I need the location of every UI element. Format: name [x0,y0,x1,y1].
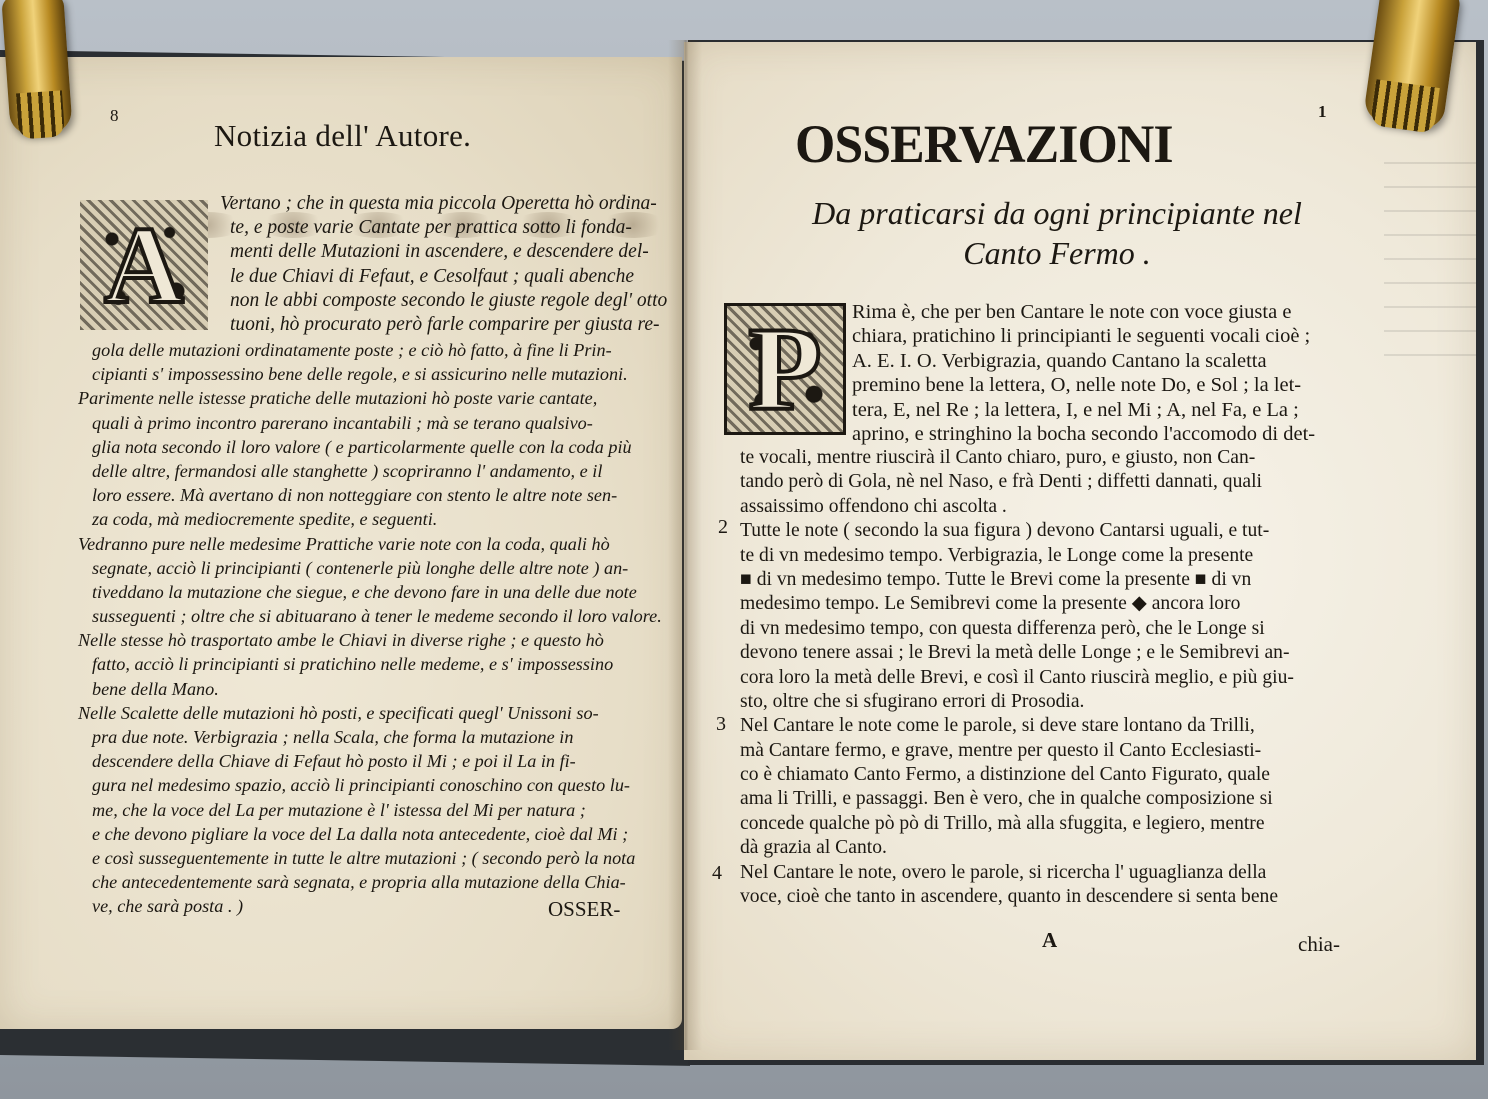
text-line: non le abbi composte secondo le giuste r… [220,289,667,313]
left-page-number: 8 [110,106,119,126]
text-line: e che devono pigliare la voce del La dal… [78,822,662,846]
text-line: chiara, pratichino li principianti le se… [852,324,1315,348]
text-line: sto, oltre che si sfugirano errori di Pr… [740,690,1294,714]
text-line: te di vn medesimo tempo. Verbigrazia, le… [740,544,1294,568]
text-line: tando però di Gola, nè nel Naso, e frà D… [740,470,1294,494]
text-line: Nelle Scalette delle mutazioni hò posti,… [78,701,662,725]
text-line: gola delle mutazioni ordinatamente poste… [78,338,662,362]
text-line: segnate, acciò li principianti ( contene… [78,556,662,580]
left-catchword: OSSER- [548,897,620,922]
text-line: menti delle Mutazioni in ascendere, e de… [220,240,667,264]
left-body-block-2: gola delle mutazioni ordinatamente poste… [78,338,662,919]
text-line: Nelle stesse hò trasportato ambe le Chia… [78,628,662,652]
subtitle-line: Canto Fermo . [752,233,1362,273]
text-line: medesimo tempo. Le Semibrevi come la pre… [740,592,1294,616]
text-line: Tutte le note ( secondo la sua figura ) … [740,519,1294,543]
text-line: fatto, acciò li principianti si pratichi… [78,652,662,676]
text-line: tuoni, hò procurato però farle comparire… [220,313,667,337]
text-line: delle altre, fermandosi alle stanghette … [78,459,662,483]
text-line: Nel Cantare le note, overo le parole, si… [740,861,1294,885]
show-through-text [1384,162,1476,362]
brass-hand-clip-left [1,0,73,136]
left-page-title: Notizia dell' Autore. [214,118,471,154]
text-line: assaissimo offendono chi ascolta . [740,495,1294,519]
text-line: za coda, mà mediocremente spedite, e seg… [78,507,662,531]
right-page-number: 1 [1318,102,1327,122]
item-number: 4 [712,862,722,885]
text-line: Nel Cantare le note come le parole, si d… [740,714,1294,738]
text-line: ama li Trilli, e passaggi. Ben è vero, c… [740,787,1294,811]
text-line: loro essere. Mà avertano di non notteggi… [78,483,662,507]
text-line: Vedranno pure nelle medesime Prattiche v… [78,532,662,556]
left-body-block-1: Vertano ; che in questa mia piccola Oper… [220,192,667,337]
text-line: gura nel medesimo spazio, acciò li princ… [78,773,662,797]
text-line: te, e poste varie Cantate per prattica s… [220,216,667,240]
right-page-subtitle: Da praticarsi da ogni principiante nel C… [752,193,1362,273]
text-line: che antecedentemente sarà segnata, e pro… [78,870,662,894]
text-line: pra due note. Verbigrazia ; nella Scala,… [78,725,662,749]
text-line: tiveddano la mutazione che siegue, e che… [78,580,662,604]
ornamental-dropcap-p: P [724,303,846,435]
text-line: premino bene la lettera, O, nelle note D… [852,373,1315,397]
text-line: Rima è, che per ben Cantare le note con … [852,300,1315,324]
text-line: descendere della Chiave di Fefaut hò pos… [78,749,662,773]
right-page-title: OSSERVAZIONI [795,113,1173,175]
text-line: ■ di vn medesimo tempo. Tutte le Brevi c… [740,568,1294,592]
right-catchword: chia- [1298,932,1340,957]
text-line: me, che la voce del La per mutazione è l… [78,798,662,822]
text-line: concede qualche pò pò di Trillo, mà alla… [740,812,1294,836]
text-line: Parimente nelle istesse pratiche delle m… [78,386,662,410]
text-line: cipianti s' impossessino bene delle rego… [78,362,662,386]
right-body-block-1: Rima è, che per ben Cantare le note con … [852,300,1315,446]
text-line: devono tenere assai ; le Brevi la metà d… [740,641,1294,665]
signature-mark: A [1042,928,1057,953]
text-line: bene della Mano. [78,677,662,701]
text-line: te vocali, mentre riuscirà il Canto chia… [740,446,1294,470]
text-line: A. E. I. O. Verbigrazia, quando Cantano … [852,349,1315,373]
text-line: di vn medesimo tempo, con questa differe… [740,617,1294,641]
right-body-block-2: te vocali, mentre riuscirà il Canto chia… [740,446,1294,909]
text-line: co è chiamato Canto Fermo, a distinzione… [740,763,1294,787]
text-line: cora loro la metà delle Brevi, e così il… [740,666,1294,690]
text-line: quali à primo incontro parerano incantab… [78,411,662,435]
text-line: glia nota secondo il loro valore ( e par… [78,435,662,459]
text-line: Vertano ; che in questa mia piccola Oper… [220,192,667,216]
text-line: susseguenti ; oltre che si abituarano à … [78,604,662,628]
text-line: tera, E, nel Re ; la lettera, I, e nel M… [852,398,1315,422]
text-line: e così susseguentemente in tutte le altr… [78,846,662,870]
item-number: 3 [716,713,726,736]
text-line: le due Chiavi di Fefaut, e Cesolfaut ; q… [220,265,667,289]
item-number: 2 [718,516,728,539]
text-line: dà grazia al Canto. [740,836,1294,860]
text-line: aprino, e stringhino la bocha secondo l'… [852,422,1315,446]
ornamental-dropcap-a: A [80,200,208,330]
text-line: voce, cioè che tanto in ascendere, quant… [740,885,1294,909]
text-line: mà Cantare fermo, e grave, mentre per qu… [740,739,1294,763]
subtitle-line: Da praticarsi da ogni principiante nel [752,193,1362,233]
